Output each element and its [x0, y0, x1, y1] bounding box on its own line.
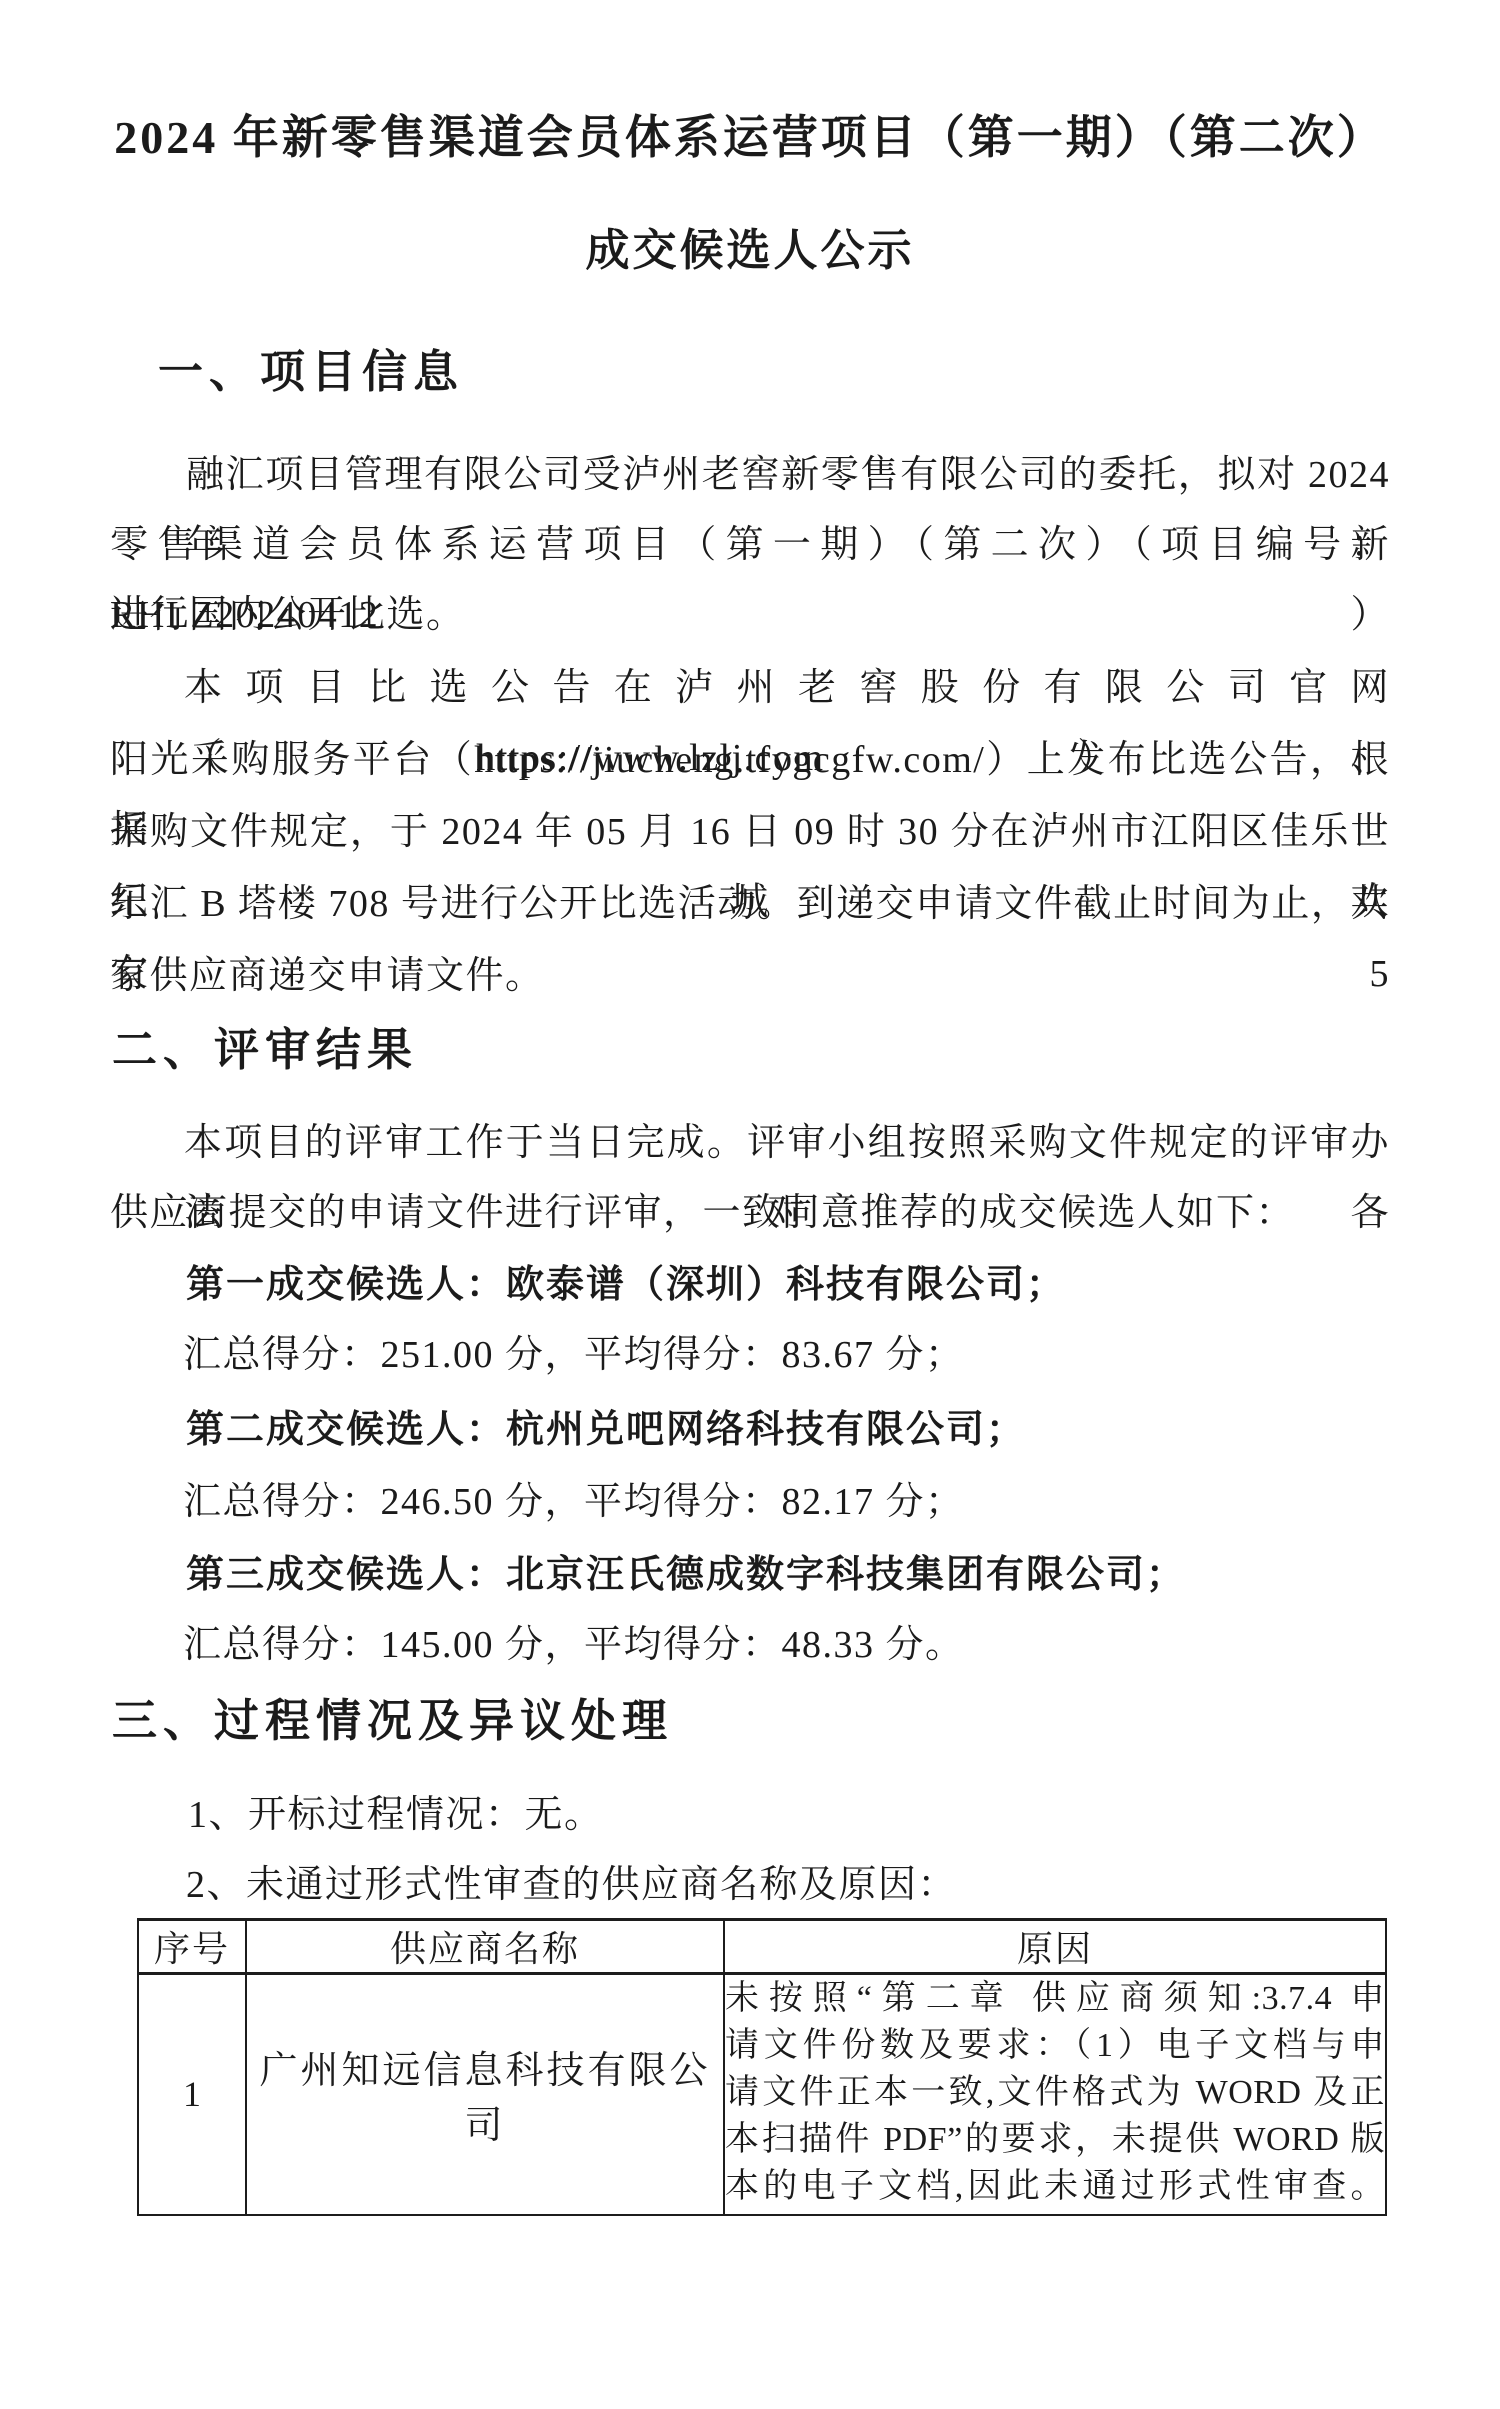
- candidate-1-name: 第一成交候选人：欧泰谱（深圳）科技有限公司；: [186, 1250, 1066, 1320]
- cell-reason: 未按照“第二章 供应商须知:3.7.4 申 请文件份数及要求：（1）电子文档与申…: [724, 1974, 1386, 2215]
- section-heading-review-result: 二、评审结果: [112, 1020, 418, 1080]
- table-header-row: 序号 供应商名称 原因: [138, 1920, 1386, 1974]
- reason-line: 本的电子文档,因此未通过形式性审查。: [725, 2163, 1385, 2210]
- table-header-reason: 原因: [724, 1920, 1386, 1974]
- notice-document-page: 2024 年新零售渠道会员体系运营项目（第一期）（第二次） 成交候选人公示 一、…: [0, 0, 1500, 2409]
- candidate-2-score: 汇总得分：246.50 分，平均得分：82.17 分；: [183, 1467, 965, 1537]
- rejected-suppliers-table: 序号 供应商名称 原因 1 广州知远信息科技有限公司 未按照“第二章 供应商须知…: [137, 1918, 1387, 2216]
- candidate-1-score: 汇总得分：251.00 分，平均得分：83.67 分；: [183, 1320, 965, 1390]
- cell-supplier-name: 广州知远信息科技有限公司: [246, 1974, 724, 2215]
- process-item-line: 2、未通过形式性审查的供应商名称及原因：: [186, 1850, 957, 1920]
- paragraph-line: 供应商提交的申请文件进行评审，一致同意推荐的成交候选人如下：: [110, 1178, 1295, 1248]
- cell-serial-no: 1: [138, 1974, 246, 2215]
- table-row: 1 广州知远信息科技有限公司 未按照“第二章 供应商须知:3.7.4 申 请文件…: [138, 1974, 1386, 2215]
- section-heading-project-info: 一、项目信息: [158, 342, 464, 402]
- reason-line: 本扫描件 PDF”的要求，未提供 WORD 版: [725, 2116, 1385, 2163]
- paragraph-line: 家供应商递交申请文件。: [110, 941, 545, 1011]
- candidate-2-name: 第二成交候选人：杭州兑吧网络科技有限公司；: [186, 1395, 1026, 1465]
- reason-line: 未按照“第二章 供应商须知:3.7.4 申: [725, 1975, 1385, 2022]
- reason-line: 请文件正本一致,文件格式为 WORD 及正: [725, 2069, 1385, 2116]
- reason-line: 请文件份数及要求：（1）电子文档与申: [725, 2022, 1385, 2069]
- candidate-3-score: 汇总得分：145.00 分，平均得分：48.33 分。: [183, 1610, 965, 1680]
- document-title-line-1: 2024 年新零售渠道会员体系运营项目（第一期）（第二次）: [0, 106, 1500, 170]
- table-header-no: 序号: [138, 1920, 246, 1974]
- table-header-supplier: 供应商名称: [246, 1920, 724, 1974]
- candidate-3-name: 第三成交候选人：北京汪氏德成数字科技集团有限公司；: [186, 1540, 1186, 1610]
- paragraph-line: 进行国内公开比选。: [110, 580, 466, 650]
- document-title-line-2: 成交候选人公示: [0, 220, 1500, 282]
- process-item-line: 1、开标过程情况：无。: [188, 1780, 604, 1850]
- section-heading-process: 三、过程情况及异议处理: [112, 1691, 673, 1751]
